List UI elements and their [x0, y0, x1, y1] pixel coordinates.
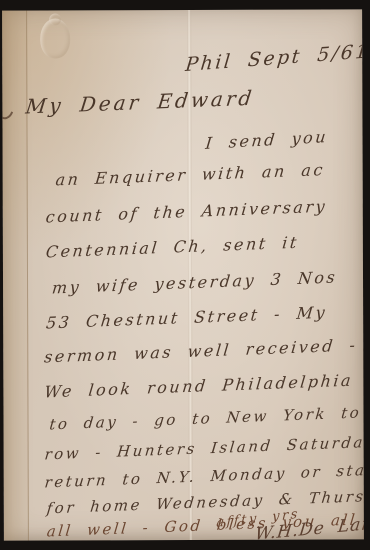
embossed-crest — [40, 18, 70, 58]
letter-line: my wife yesterday 3 Nos — [51, 267, 338, 297]
photo-frame: Phil Sept 5/61 My Dear Edward I send you… — [0, 0, 370, 550]
letter-line: count of the Anniversary — [45, 197, 328, 227]
letter-line: 53 Chestnut Street - My — [45, 303, 328, 333]
salutation: My Dear Edward — [24, 86, 255, 119]
letter-line: to day - go to New York to mor — [49, 401, 364, 433]
dateline: Phil Sept 5/61 — [184, 40, 364, 76]
letter-line: I send you — [205, 127, 329, 153]
letter-line: return to N.Y. Monday or start — [44, 460, 364, 491]
letter-line: sermon was well received - — [43, 335, 358, 366]
letter-line: We look round Philadelphia — [43, 371, 354, 402]
letter-line: row - Hunters Island Saturday - — [44, 432, 364, 464]
letter-line: Centennial Ch, sent it — [45, 233, 300, 262]
paper-sheet: Phil Sept 5/61 My Dear Edward I send you… — [2, 9, 364, 540]
page-fold-edge — [2, 11, 29, 541]
